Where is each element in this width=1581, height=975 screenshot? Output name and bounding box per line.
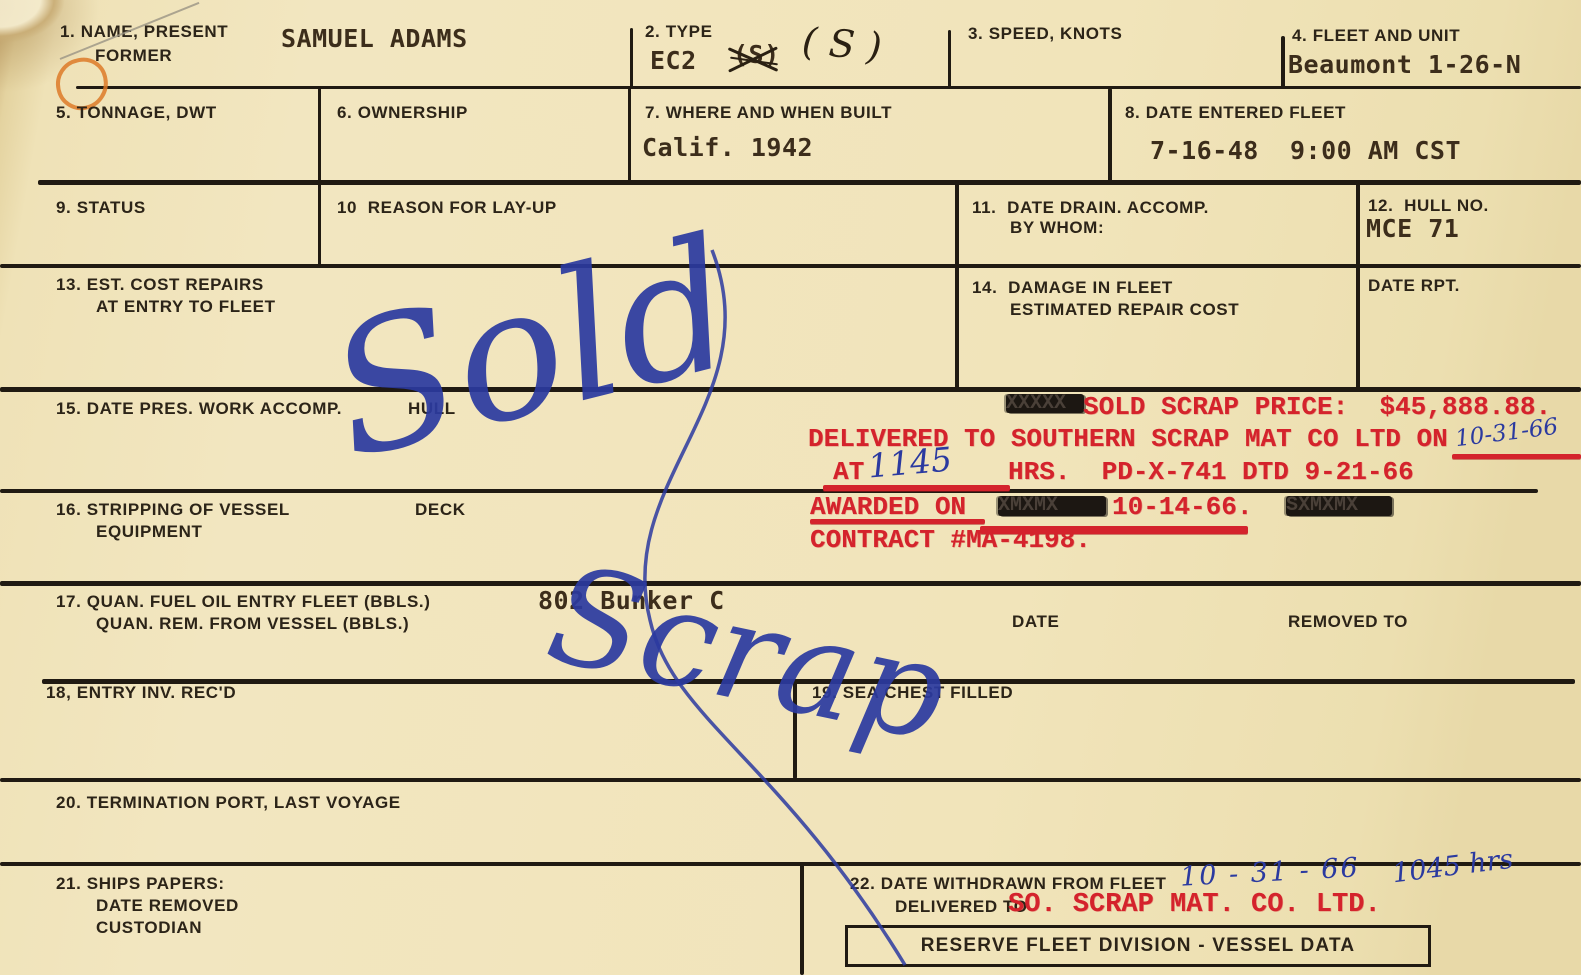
field2-handwritten-value: ( S ) xyxy=(801,19,884,68)
field14-sublabel: ESTIMATED REPAIR COST xyxy=(1010,300,1239,320)
handwritten-withdrawn-time: 1045 hrs xyxy=(1391,844,1515,890)
rule-h3 xyxy=(0,264,1581,268)
handwritten-delivery-time: 1145 xyxy=(866,439,953,485)
field12-value: MCE 71 xyxy=(1366,214,1459,243)
rule-v9-10 xyxy=(318,183,321,266)
rule-v3-4 xyxy=(1281,36,1285,88)
field6-label: 6. OWNERSHIP xyxy=(337,103,468,123)
rule-v11-12 xyxy=(1356,183,1360,389)
rule-v1-2 xyxy=(630,28,633,88)
field11-sublabel: BY WHOM: xyxy=(1010,218,1104,238)
field14-date-rpt-label: DATE RPT. xyxy=(1368,276,1460,296)
blackout-strike: XXXXX xyxy=(1006,394,1084,413)
stamp-hrs-pd-x: HRS. PD-X-741 DTD 9-21-66 xyxy=(1008,457,1414,487)
field1-sublabel: FORMER xyxy=(95,46,172,66)
handwritten-scrap: Scrap xyxy=(536,535,959,772)
field13-label: 13. EST. COST REPAIRS xyxy=(56,275,264,295)
field8-label: 8. DATE ENTERED FLEET xyxy=(1125,103,1346,123)
rule-v10-11 xyxy=(955,183,959,389)
field15-label: 15. DATE PRES. WORK ACCOMP. xyxy=(56,399,342,419)
vessel-data-card: 1. NAME, PRESENT FORMER SAMUEL ADAMS 2. … xyxy=(0,0,1581,975)
field13-sublabel: AT ENTRY TO FLEET xyxy=(96,297,276,317)
field7-label: 7. WHERE AND WHEN BUILT xyxy=(645,103,892,123)
field2-label: 2. TYPE xyxy=(645,22,713,42)
stamp-sold-scrap-price: SOLD SCRAP PRICE: $45,888.88. xyxy=(1083,392,1551,422)
field1-value: SAMUEL ADAMS xyxy=(281,24,468,53)
field4-value: Beaumont 1-26-N xyxy=(1288,50,1521,79)
rule-h1 xyxy=(76,86,1581,89)
red-underline xyxy=(823,485,1010,491)
stamp-award-date: 10-14-66. xyxy=(1112,492,1252,522)
field12-label: 12. HULL NO. xyxy=(1368,196,1489,216)
field16-label: 16. STRIPPING OF VESSEL xyxy=(56,500,290,520)
field18-label: 18, ENTRY INV. REC'D xyxy=(46,683,236,703)
red-underline xyxy=(810,519,985,524)
field9-label: 9. STATUS xyxy=(56,198,146,218)
field3-label: 3. SPEED, KNOTS xyxy=(968,24,1122,44)
field5-label: 5. TONNAGE, DWT xyxy=(56,103,217,123)
field17-removed-to-column-label: REMOVED TO xyxy=(1288,612,1408,632)
rule-v7-8 xyxy=(1108,88,1112,182)
blackout-strike: XMXMX xyxy=(998,496,1106,516)
rule-v5-6 xyxy=(318,88,321,182)
field20-label: 20. TERMINATION PORT, LAST VOYAGE xyxy=(56,793,401,813)
field10-label: 10 REASON FOR LAY-UP xyxy=(337,198,557,218)
footer-title-box: RESERVE FLEET DIVISION - VESSEL DATA xyxy=(845,925,1431,967)
field21-sublabel: DATE REMOVED xyxy=(96,896,239,916)
field21-label: 21. SHIPS PAPERS: xyxy=(56,874,225,894)
blackout-strike: SXMXMX xyxy=(1286,496,1392,516)
rule-h5 xyxy=(0,489,1538,493)
field16-sublabel: EQUIPMENT xyxy=(96,522,202,542)
field16-deck-label: DECK xyxy=(415,500,466,520)
field11-label: 11. DATE DRAIN. ACCOMP. xyxy=(972,198,1209,218)
field17-sublabel: QUAN. REM. FROM VESSEL (BBLS.) xyxy=(96,614,409,634)
field4-label: 4. FLEET AND UNIT xyxy=(1292,26,1460,46)
red-underline xyxy=(1452,454,1581,459)
field8-value: 7-16-48 9:00 AM CST xyxy=(1150,136,1461,165)
stamp-contract: CONTRACT #MA-4198. xyxy=(810,525,1091,555)
field14-label: 14. DAMAGE IN FLEET xyxy=(972,278,1173,298)
field21-sublabel2: CUSTODIAN xyxy=(96,918,202,938)
rule-h2 xyxy=(38,180,1581,185)
rule-v6-7 xyxy=(628,88,631,182)
rule-v2-3 xyxy=(948,30,951,88)
field17-label: 17. QUAN. FUEL OIL ENTRY FLEET (BBLS.) xyxy=(56,592,430,612)
footer-title: RESERVE FLEET DIVISION - VESSEL DATA xyxy=(921,935,1356,957)
field22-stamp-value: SO. SCRAP MAT. CO. LTD. xyxy=(1008,890,1381,920)
rule-h8 xyxy=(0,778,1581,782)
rule-v21-22 xyxy=(800,863,804,975)
field2-value: EC2 xyxy=(650,46,697,75)
stamp-awarded-on: AWARDED ON xyxy=(810,492,966,522)
field17-date-column-label: DATE xyxy=(1012,612,1059,632)
field7-value: Calif. 1942 xyxy=(642,133,813,162)
handwritten-withdrawn-date: 10 - 31 - 66 xyxy=(1179,852,1360,892)
handwritten-sold: Sold xyxy=(311,199,754,500)
stamp-at: AT xyxy=(833,457,864,487)
